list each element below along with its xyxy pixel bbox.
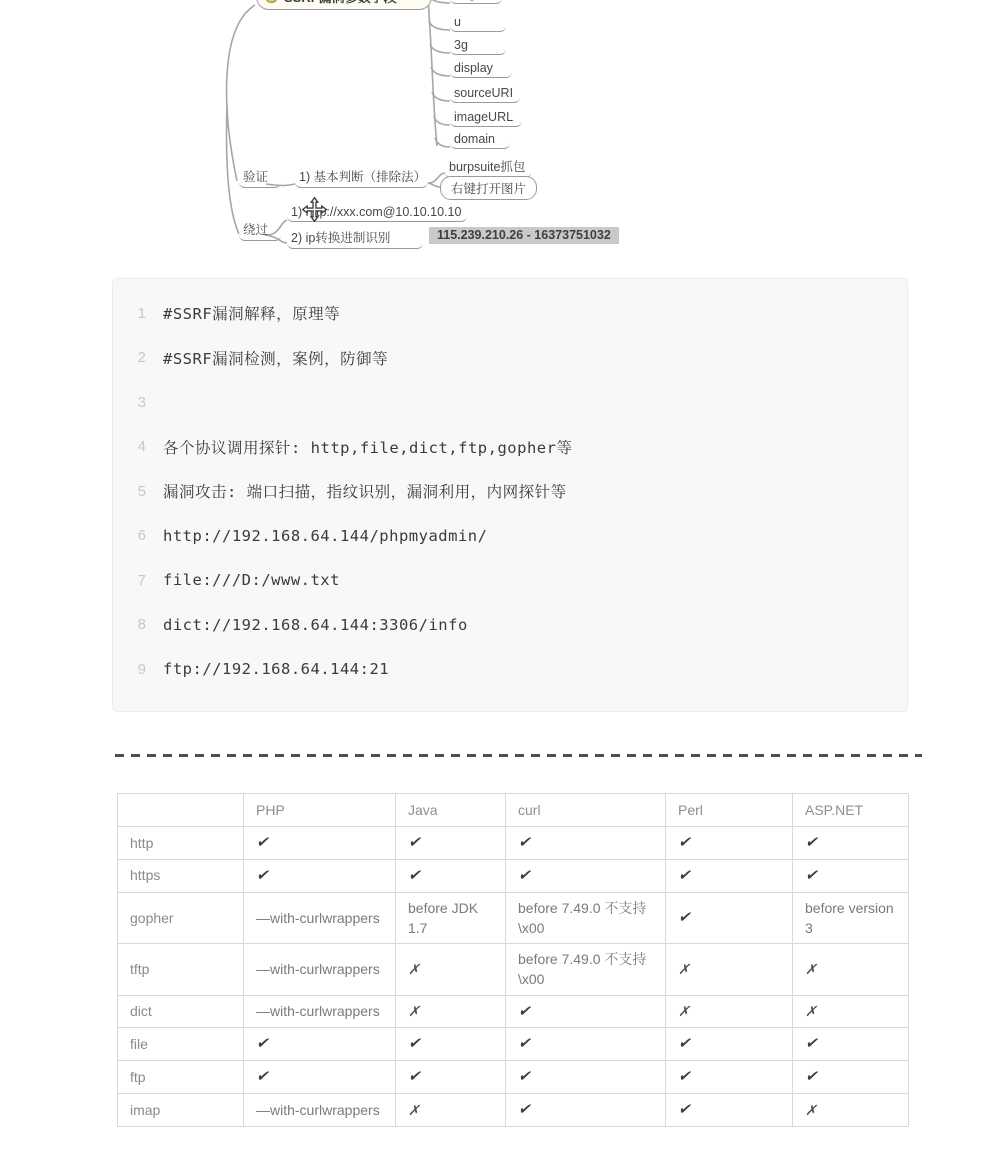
- check-mark-icon: ✔: [666, 1028, 793, 1061]
- check-mark-icon: ✔: [793, 1061, 909, 1094]
- table-row: https✔✔✔✔✔: [118, 859, 909, 892]
- check-mark-icon: ✔: [506, 859, 666, 892]
- param-node-display[interactable]: display: [450, 60, 512, 78]
- check-mark-icon: ✔: [666, 1061, 793, 1094]
- root-node-label: SSRF漏洞参数字段: [284, 0, 397, 6]
- table-row: ftp✔✔✔✔✔: [118, 1061, 909, 1094]
- code-line: 7file:///D:/www.txt: [113, 558, 907, 603]
- code-line-text: file:///D:/www.txt: [163, 571, 340, 589]
- bypass-branch-node[interactable]: 绕过: [239, 219, 281, 241]
- code-line: 6http://192.168.64.144/phpmyadmin/: [113, 514, 907, 559]
- protocol-table-wrap: PHPJavacurlPerlASP.NET http✔✔✔✔✔https✔✔✔…: [117, 793, 908, 1127]
- table-row: http✔✔✔✔✔: [118, 827, 909, 860]
- protocol-label: dict: [118, 995, 244, 1028]
- line-number: 2: [113, 349, 163, 366]
- check-mark-icon: ✔: [396, 827, 506, 860]
- cross-mark-icon: ✗: [666, 944, 793, 996]
- line-number: 3: [113, 394, 163, 411]
- code-line-text: 各个协议调用探针: http,file,dict,ftp,gopher等: [163, 436, 572, 458]
- param-node-imageurl[interactable]: imageURL: [450, 109, 522, 127]
- protocol-label: tftp: [118, 944, 244, 996]
- param-node-sourceuri[interactable]: sourceURI: [450, 85, 520, 103]
- verify-branch-node[interactable]: 验证: [239, 166, 281, 188]
- support-note-cell: —with-curlwrappers: [244, 892, 396, 944]
- column-header: PHP: [244, 794, 396, 827]
- support-note-cell: —with-curlwrappers: [244, 944, 396, 996]
- protocol-label: imap: [118, 1093, 244, 1126]
- code-line: 8dict://192.168.64.144:3306/info: [113, 603, 907, 648]
- code-line: 4各个协议调用探针: http,file,dict,ftp,gopher等: [113, 425, 907, 470]
- protocol-label: ftp: [118, 1061, 244, 1094]
- column-header: ASP.NET: [793, 794, 909, 827]
- code-line-text: #SSRF漏洞解释，原理等: [163, 302, 340, 324]
- param-node-u[interactable]: u: [450, 14, 506, 32]
- cross-mark-icon: ✗: [793, 995, 909, 1028]
- check-mark-icon: ✔: [244, 859, 396, 892]
- support-note-cell: —with-curlwrappers: [244, 995, 396, 1028]
- code-line: 1#SSRF漏洞解释，原理等: [113, 291, 907, 336]
- check-mark-icon: ✔: [244, 1061, 396, 1094]
- code-line: 9ftp://192.168.64.144:21: [113, 647, 907, 692]
- code-line: 3: [113, 380, 907, 425]
- verify-step-node[interactable]: 1) 基本判断（排除法）: [295, 166, 428, 188]
- topic-marker-icon: [265, 0, 278, 3]
- code-block: 1#SSRF漏洞解释，原理等2#SSRF漏洞检测，案例，防御等34各个协议调用探…: [112, 278, 908, 712]
- table-row: imap—with-curlwrappers✗✔✔✗: [118, 1093, 909, 1126]
- cross-mark-icon: ✗: [396, 1093, 506, 1126]
- check-mark-icon: ✔: [793, 1028, 909, 1061]
- bypass-item-ip-convert[interactable]: 2) ip转换进制识别: [287, 227, 423, 249]
- support-note-cell: before 7.49.0 不支持\x00: [506, 944, 666, 996]
- cross-mark-icon: ✗: [396, 995, 506, 1028]
- check-mark-icon: ✔: [506, 995, 666, 1028]
- line-number: 6: [113, 527, 163, 544]
- dashed-divider: [115, 754, 922, 757]
- verify-child-rightclick[interactable]: 右键打开图片: [440, 176, 537, 200]
- line-number: 5: [113, 483, 163, 500]
- protocol-label: file: [118, 1028, 244, 1061]
- line-number: 8: [113, 616, 163, 633]
- support-note-cell: before version 3: [793, 892, 909, 944]
- cross-mark-icon: ✗: [793, 1093, 909, 1126]
- check-mark-icon: ✔: [396, 1061, 506, 1094]
- cross-mark-icon: ✗: [666, 995, 793, 1028]
- check-mark-icon: ✔: [396, 1028, 506, 1061]
- column-header: [118, 794, 244, 827]
- check-mark-icon: ✔: [506, 1061, 666, 1094]
- protocol-label: gopher: [118, 892, 244, 944]
- check-mark-icon: ✔: [506, 1028, 666, 1061]
- check-mark-icon: ✔: [506, 1093, 666, 1126]
- column-header: Perl: [666, 794, 793, 827]
- check-mark-icon: ✔: [244, 1028, 396, 1061]
- mindmap-region: SSRF漏洞参数字段 target u 3g display sourceURI…: [0, 0, 998, 258]
- check-mark-icon: ✔: [793, 827, 909, 860]
- protocol-label: http: [118, 827, 244, 860]
- check-mark-icon: ✔: [666, 892, 793, 944]
- code-line-text: 漏洞攻击: 端口扫描，指纹识别，漏洞利用，内网探针等: [163, 480, 567, 502]
- check-mark-icon: ✔: [244, 827, 396, 860]
- support-note-cell: —with-curlwrappers: [244, 1093, 396, 1126]
- protocol-support-table: PHPJavacurlPerlASP.NET http✔✔✔✔✔https✔✔✔…: [117, 793, 909, 1127]
- line-number: 7: [113, 572, 163, 589]
- table-header-row: PHPJavacurlPerlASP.NET: [118, 794, 909, 827]
- line-number: 1: [113, 305, 163, 322]
- cross-mark-icon: ✗: [793, 944, 909, 996]
- column-header: curl: [506, 794, 666, 827]
- code-line-text: #SSRF漏洞检测，案例，防御等: [163, 347, 388, 369]
- support-note-cell: before 7.49.0 不支持\x00: [506, 892, 666, 944]
- param-node-target[interactable]: target: [450, 0, 502, 4]
- table-row: tftp—with-curlwrappers✗before 7.49.0 不支持…: [118, 944, 909, 996]
- ip-decimal-highlight[interactable]: 115.239.210.26 - 16373751032: [429, 227, 619, 244]
- mindmap-root-node[interactable]: SSRF漏洞参数字段: [256, 0, 432, 10]
- check-mark-icon: ✔: [666, 1093, 793, 1126]
- cross-mark-icon: ✗: [396, 944, 506, 996]
- param-node-domain[interactable]: domain: [450, 131, 510, 149]
- code-line: 5漏洞攻击: 端口扫描，指纹识别，漏洞利用，内网探针等: [113, 469, 907, 514]
- code-line-text: http://192.168.64.144/phpmyadmin/: [163, 527, 487, 545]
- check-mark-icon: ✔: [666, 827, 793, 860]
- move-cursor-icon: [301, 196, 328, 223]
- verify-child-burpsuite[interactable]: burpsuite抓包: [445, 156, 531, 178]
- code-line: 2#SSRF漏洞检测，案例，防御等: [113, 336, 907, 381]
- code-line-text: dict://192.168.64.144:3306/info: [163, 616, 468, 634]
- column-header: Java: [396, 794, 506, 827]
- check-mark-icon: ✔: [793, 859, 909, 892]
- line-number: 4: [113, 438, 163, 455]
- line-number: 9: [113, 661, 163, 678]
- table-row: file✔✔✔✔✔: [118, 1028, 909, 1061]
- table-row: gopher—with-curlwrappersbefore JDK 1.7be…: [118, 892, 909, 944]
- param-node-3g[interactable]: 3g: [450, 37, 506, 55]
- table-row: dict—with-curlwrappers✗✔✗✗: [118, 995, 909, 1028]
- check-mark-icon: ✔: [506, 827, 666, 860]
- notes-page: SSRF漏洞参数字段 target u 3g display sourceURI…: [0, 0, 998, 1149]
- check-mark-icon: ✔: [666, 859, 793, 892]
- support-note-cell: before JDK 1.7: [396, 892, 506, 944]
- code-line-text: ftp://192.168.64.144:21: [163, 660, 389, 678]
- protocol-label: https: [118, 859, 244, 892]
- check-mark-icon: ✔: [396, 859, 506, 892]
